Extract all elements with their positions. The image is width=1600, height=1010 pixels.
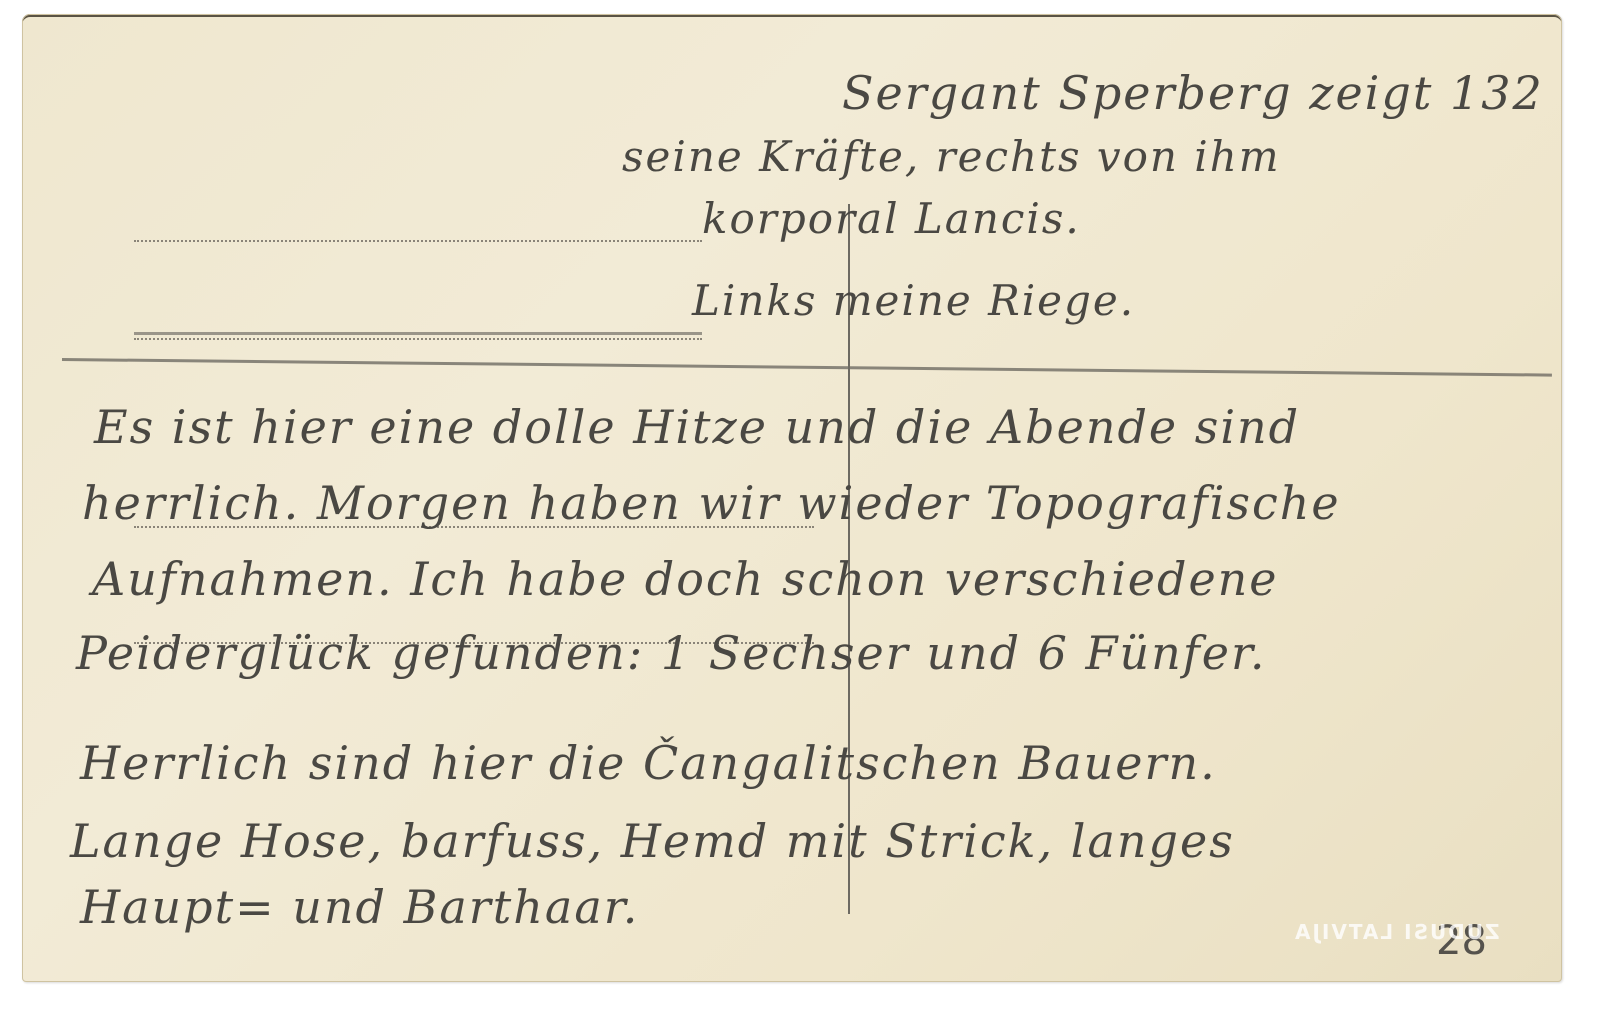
address-line-2 xyxy=(134,332,702,335)
note-line-2: seine Kräfte, rechts von ihm xyxy=(622,132,1281,181)
note-line-4: Links meine Riege. xyxy=(692,276,1135,325)
message-line-4: Peiderglück gefunden: 1 Sechser und 6 Fü… xyxy=(76,626,1267,680)
message-line-6: Lange Hose, barfuss, Hemd mit Strick, la… xyxy=(70,814,1235,868)
message-line-3: Aufnahmen. Ich habe doch schon verschied… xyxy=(92,552,1279,606)
horizontal-divider xyxy=(62,358,1552,377)
note-line-1: Sergant Sperberg zeigt 132 xyxy=(842,66,1544,120)
message-line-1: Es ist hier eine dolle Hitze und die Abe… xyxy=(94,400,1300,454)
watermark: ZUDUSI LATVIJA xyxy=(1293,920,1500,944)
postcard-back: Sergant Sperberg zeigt 132 seine Kräfte,… xyxy=(22,14,1562,982)
message-line-5: Herrlich sind hier die Čangalitschen Bau… xyxy=(80,736,1217,790)
message-line-7: Haupt= und Barthaar. xyxy=(80,880,639,934)
note-line-3: korporal Lancis. xyxy=(702,194,1081,243)
address-line-1 xyxy=(134,240,702,242)
message-line-2: herrlich. Morgen haben wir wieder Topogr… xyxy=(82,476,1341,530)
